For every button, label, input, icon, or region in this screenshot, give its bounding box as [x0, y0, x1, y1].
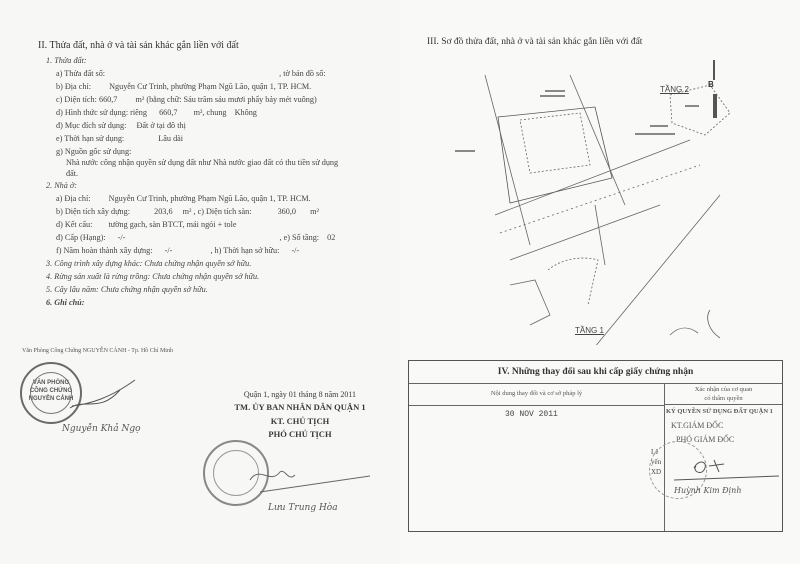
house-area: b) Diện tích xây dựng: 203,6 m² , c) Diệ…	[56, 207, 319, 216]
left-page: II. Thửa đất, nhà ở và tài sản khác gắn …	[0, 0, 400, 564]
perennial-trees: 5. Cây lâu năm: Chưa chứng nhận quyền sở…	[46, 285, 208, 294]
signer-role-1: KT. CHỦ TỊCH	[200, 416, 400, 426]
committee-signature-stroke	[240, 460, 380, 500]
land-a-label: a) Thửa đất số:	[56, 69, 105, 78]
house-b-value: 203,6	[154, 207, 172, 216]
house-c-value: 360,0	[278, 207, 296, 216]
house-a-label: a) Địa chỉ:	[56, 194, 91, 203]
land-d-shared-value: Không	[235, 108, 257, 117]
house-floors-label: , e) Số tầng:	[280, 233, 320, 242]
item5-value: Chưa chứng nhận quyền sở hữu.	[101, 285, 208, 294]
house-completion: f) Năm hoàn thành xây dựng: -/- , h) Thờ…	[56, 246, 299, 255]
land-origin-value-1: Nhà nước công nhận quyền sử dụng đất như…	[66, 158, 338, 167]
north-arrow-line	[713, 60, 715, 80]
house-a-value: Nguyễn Cư Trinh, phường Phạm Ngũ Lão, qu…	[109, 194, 311, 203]
house-b-label: b) Diện tích xây dựng:	[56, 207, 130, 216]
notary-signature-stroke	[60, 368, 140, 418]
changes-table: IV. Những thay đổi sau khi cấp giấy chứn…	[408, 360, 783, 532]
notary-header: Văn Phòng Công Chứng NGUYỄN CẢNH - Tp. H…	[22, 348, 173, 354]
authority-line-1: KÝ QUYỀN SỬ DỤNG ĐẤT QUẬN 1	[666, 408, 773, 415]
section-iii-title: III. Sơ đồ thửa đất, nhà ở và tài sản kh…	[427, 37, 642, 47]
house-d-label: d) Kết cấu:	[56, 220, 92, 229]
signer-role-2: PHÓ CHỦ TỊCH	[200, 429, 400, 439]
land-e-label: đ) Mục đích sử dụng:	[56, 121, 126, 130]
committee-signer: Lưu Trung Hòa	[268, 503, 338, 513]
land-c-value: 660,7	[99, 95, 117, 104]
house-c-unit: m²	[310, 207, 319, 216]
change-date-stamp: 30 NOV 2011	[505, 410, 558, 419]
land-term: e) Thời hạn sử dụng: Lâu dài	[56, 134, 183, 143]
issuing-org: TM. ỦY BAN NHÂN DÂN QUẬN 1	[200, 402, 400, 412]
house-address: a) Địa chỉ: Nguyễn Cư Trinh, phường Phạm…	[56, 194, 311, 203]
land-c-unit: m²	[135, 95, 144, 104]
changes-col-authority: Xác nhận của cơ quan có thẩm quyền	[665, 383, 782, 405]
notary-signer: Nguyễn Khả Ngọ	[62, 424, 141, 434]
land-d-private: 660,7	[159, 108, 177, 117]
changes-table-title: IV. Những thay đổi sau khi cấp giấy chứn…	[409, 361, 782, 384]
house-floors-value: 02	[327, 233, 335, 242]
item4-label: 4. Rừng sản xuất là rừng trồng:	[46, 272, 150, 281]
land-c-words: (bằng chữ: Sáu trăm sáu mươi phẩy bảy mé…	[146, 95, 316, 104]
house-f-value: -/-	[165, 246, 173, 255]
house-grade: đ) Cấp (Hạng): -/- , e) Số tầng: 02	[56, 233, 335, 242]
land-f-value: Lâu dài	[158, 134, 183, 143]
land-heading: 1. Thửa đất:	[46, 56, 87, 65]
land-c-label: c) Diện tích:	[56, 95, 97, 104]
changes-col-content: Nội dung thay đổi và cơ sở pháp lý	[409, 383, 664, 406]
land-area: c) Diện tích: 660,7 m² (bằng chữ: Sáu tr…	[56, 95, 317, 104]
house-h-label: , h) Thời hạn sở hữu:	[210, 246, 279, 255]
land-origin-label: g) Nguồn gốc sử dụng:	[56, 147, 131, 156]
house-structure: d) Kết cấu: tường gạch, sàn BTCT, mái ng…	[56, 220, 237, 229]
house-b-unit: m² , c) Diện tích sàn:	[183, 207, 252, 216]
house-h-value: -/-	[291, 246, 299, 255]
other-construction: 3. Công trình xây dựng khác: Chưa chứng …	[46, 259, 251, 268]
issue-date: Quận 1, ngày 01 tháng 8 năm 2011	[200, 390, 400, 399]
land-usage-form: d) Hình thức sử dụng: riêng 660,7 m², ch…	[56, 108, 257, 117]
production-forest: 4. Rừng sản xuất là rừng trồng: Chưa chứ…	[46, 272, 259, 281]
land-e-value: Đất ở tại đô thị	[136, 121, 185, 130]
col2-line-2: có thẩm quyền	[665, 394, 782, 403]
scale-bar	[713, 94, 717, 118]
north-label: B	[708, 80, 714, 89]
authority-line-2: KT.GIÁM ĐỐC	[671, 421, 723, 430]
item5-label: 5. Cây lâu năm:	[46, 285, 99, 294]
notes-label: 6. Ghi chú:	[46, 298, 84, 307]
col2-line-1: Xác nhận của cơ quan	[665, 385, 782, 394]
land-d-shared-label: m², chung	[194, 108, 227, 117]
house-d-value: tường gạch, sàn BTCT, mái ngói + tole	[108, 220, 236, 229]
item3-label: 3. Công trình xây dựng khác:	[46, 259, 142, 268]
land-plot-number: a) Thửa đất số: , tờ bản đồ số:	[56, 69, 326, 78]
house-heading: 2. Nhà ở:	[46, 181, 77, 190]
land-a-map-label: , tờ bản đồ số:	[279, 69, 325, 78]
house-e-value: -/-	[118, 233, 126, 242]
floor-1-label: TẦNG 1	[575, 326, 604, 335]
authority-signer: Huỳnh Kim Định	[674, 486, 741, 495]
land-d-label: d) Hình thức sử dụng: riêng	[56, 108, 147, 117]
land-b-label: b) Địa chỉ:	[56, 82, 91, 91]
house-f-label: f) Năm hoàn thành xây dựng:	[56, 246, 153, 255]
land-address: b) Địa chỉ: Nguyễn Cư Trinh, phường Phạm…	[56, 82, 311, 91]
item4-value: Chưa chứng nhận quyền sở hữu.	[152, 272, 259, 281]
site-diagram	[440, 55, 760, 345]
floor-2-label: TẦNG 2	[660, 85, 689, 94]
land-origin-value-2: đất.	[66, 169, 78, 178]
land-purpose: đ) Mục đích sử dụng: Đất ở tại đô thị	[56, 121, 186, 130]
land-b-value: Nguyễn Cư Trinh, phường Phạm Ngũ Lão, qu…	[109, 82, 311, 91]
house-e-label: đ) Cấp (Hạng):	[56, 233, 106, 242]
section-ii-title: II. Thửa đất, nhà ở và tài sản khác gắn …	[38, 40, 239, 51]
item3-value: Chưa chứng nhận quyền sở hữu.	[144, 259, 251, 268]
land-f-label: e) Thời hạn sử dụng:	[56, 134, 124, 143]
authority-signature-stroke	[674, 456, 784, 486]
